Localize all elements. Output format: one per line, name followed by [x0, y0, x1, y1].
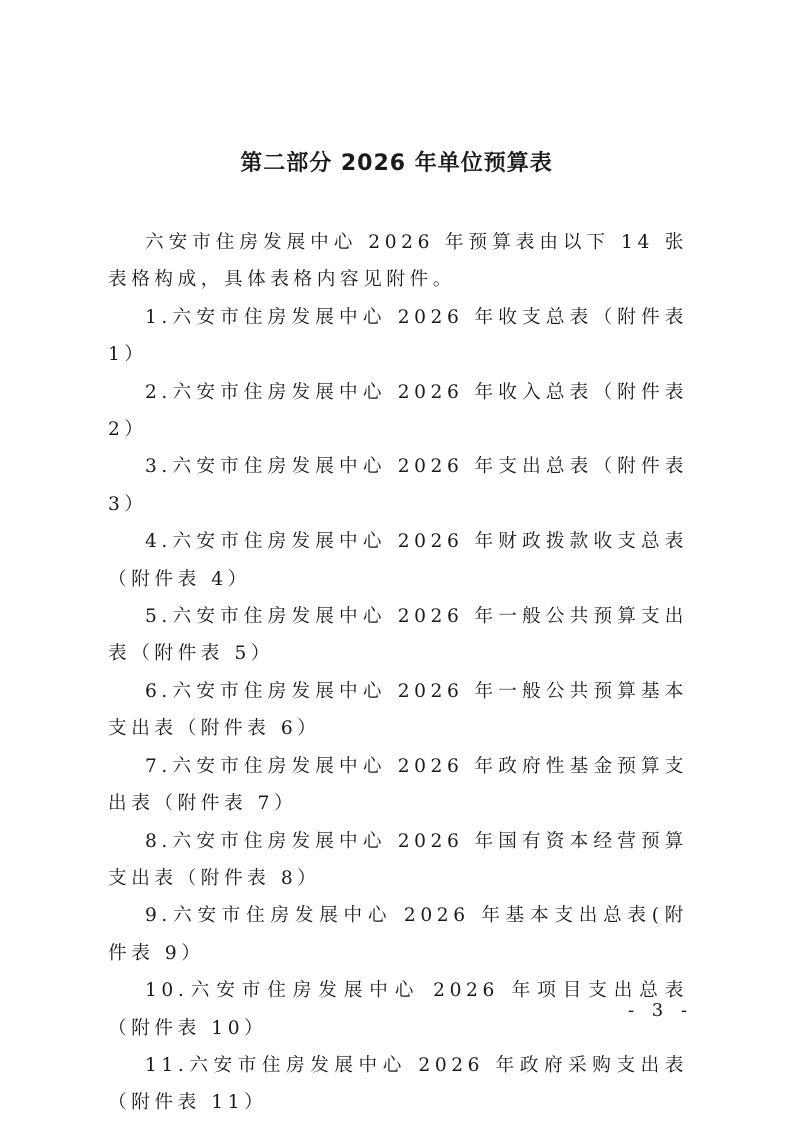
- page-number: - 3 -: [628, 1000, 693, 1021]
- intro-paragraph: 六安市住房发展中心 2026 年预算表由以下 14 张表格构成，具体表格内容见附…: [108, 224, 688, 299]
- list-item: 10.六安市住房发展中心 2026 年项目支出总表（附件表 10）: [108, 972, 688, 1047]
- list-item: 9.六安市住房发展中心 2026 年基本支出总表(附件表 9）: [108, 897, 688, 972]
- list-item: 2.六安市住房发展中心 2026 年收入总表（附件表 2）: [108, 374, 688, 449]
- page-title: 第二部分 2026 年单位预算表: [0, 146, 793, 177]
- list-item: 8.六安市住房发展中心 2026 年国有资本经营预算支出表（附件表 8）: [108, 823, 688, 898]
- list-item: 3.六安市住房发展中心 2026 年支出总表（附件表 3）: [108, 448, 688, 523]
- list-item: 7.六安市住房发展中心 2026 年政府性基金预算支出表（附件表 7）: [108, 748, 688, 823]
- list-item: 6.六安市住房发展中心 2026 年一般公共预算基本支出表（附件表 6）: [108, 673, 688, 748]
- list-item: 11.六安市住房发展中心 2026 年政府采购支出表（附件表 11）: [108, 1047, 688, 1122]
- document-body: 六安市住房发展中心 2026 年预算表由以下 14 张表格构成，具体表格内容见附…: [108, 224, 688, 1122]
- list-item: 5.六安市住房发展中心 2026 年一般公共预算支出表（附件表 5）: [108, 598, 688, 673]
- list-item: 1.六安市住房发展中心 2026 年收支总表（附件表 1）: [108, 299, 688, 374]
- list-item: 4.六安市住房发展中心 2026 年财政拨款收支总表（附件表 4）: [108, 523, 688, 598]
